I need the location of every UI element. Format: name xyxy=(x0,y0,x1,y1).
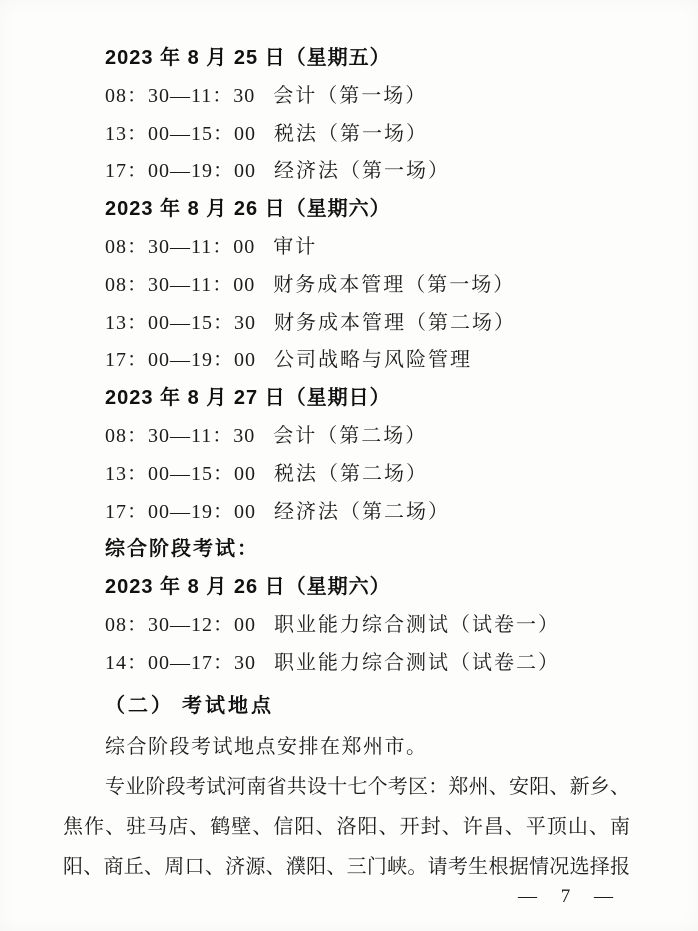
document-body: 2023 年 8 月 25 日（星期五） 08：30—11：30会计（第一场） … xyxy=(63,40,630,887)
date-heading: 2023 年 8 月 26 日（星期六） xyxy=(63,191,630,229)
session-subject: 财务成本管理（第一场） xyxy=(273,274,515,296)
exam-session-row: 17：00—19：00经济法（第一场） xyxy=(63,153,630,191)
session-subject: 职业能力综合测试（试卷一） xyxy=(274,614,560,636)
exam-session-row: 14：00—17：30职业能力综合测试（试卷二） xyxy=(63,645,630,683)
session-subject: 会计（第二场） xyxy=(273,425,427,447)
exam-session-row: 08：30—11：30会计（第一场） xyxy=(63,78,630,116)
session-time: 17：00—19：00 xyxy=(105,494,256,532)
session-subject: 税法（第一场） xyxy=(274,123,428,145)
exam-session-row: 17：00—19：00经济法（第二场） xyxy=(63,494,630,532)
exam-session-row: 13：00—15：30财务成本管理（第二场） xyxy=(63,305,630,343)
exam-session-row: 13：00—15：00税法（第一场） xyxy=(63,116,630,154)
session-time: 08：30—11：30 xyxy=(105,78,255,116)
exam-session-row: 08：30—11：00审计 xyxy=(63,229,630,267)
session-time: 14：00—17：30 xyxy=(105,645,256,683)
location-section-heading: （二） 考试地点 xyxy=(63,686,630,727)
session-subject: 经济法（第二场） xyxy=(274,501,450,523)
session-time: 08：30—11：30 xyxy=(105,418,255,456)
exam-session-row: 08：30—12：00职业能力综合测试（试卷一） xyxy=(63,607,630,645)
session-subject: 税法（第二场） xyxy=(274,463,428,485)
session-time: 17：00—19：00 xyxy=(105,342,256,380)
session-time: 13：00—15：00 xyxy=(105,116,256,154)
session-subject: 公司战略与风险管理 xyxy=(274,349,472,371)
session-time: 08：30—11：00 xyxy=(105,229,255,267)
exam-session-row: 08：30—11：00财务成本管理（第一场） xyxy=(63,267,630,305)
session-time: 13：00—15：30 xyxy=(105,305,256,343)
exam-session-row: 13：00—15：00税法（第二场） xyxy=(63,456,630,494)
exam-session-row: 08：30—11：30会计（第二场） xyxy=(63,418,630,456)
paragraph-line: 阳、商丘、周口、济源、濮阳、三门峡。请考生根据情况选择报 xyxy=(63,847,630,887)
session-time: 13：00—15：00 xyxy=(105,456,256,494)
date-heading: 2023 年 8 月 27 日（星期日） xyxy=(63,380,630,418)
session-subject: 经济法（第一场） xyxy=(274,160,450,182)
session-subject: 财务成本管理（第二场） xyxy=(274,312,516,334)
date-heading: 2023 年 8 月 25 日（星期五） xyxy=(63,40,630,78)
document-page: 2023 年 8 月 25 日（星期五） 08：30—11：30会计（第一场） … xyxy=(0,0,698,931)
session-subject: 审计 xyxy=(273,236,317,258)
session-time: 08：30—12：00 xyxy=(105,607,256,645)
session-time: 08：30—11：00 xyxy=(105,267,255,305)
exam-session-row: 17：00—19：00公司战略与风险管理 xyxy=(63,342,630,380)
date-heading: 2023 年 8 月 26 日（星期六） xyxy=(63,569,630,607)
comprehensive-stage-heading: 综合阶段考试： xyxy=(63,531,630,569)
paragraph-line: 综合阶段考试地点安排在郑州市。 xyxy=(63,727,630,767)
page-number: — 7 — xyxy=(518,886,618,908)
session-time: 17：00—19：00 xyxy=(105,153,256,191)
paragraph-line: 焦作、驻马店、鹤壁、信阳、洛阳、开封、许昌、平顶山、南 xyxy=(63,807,630,847)
session-subject: 职业能力综合测试（试卷二） xyxy=(274,652,560,674)
paragraph-line: 专业阶段考试河南省共设十七个考区：郑州、安阳、新乡、 xyxy=(63,767,630,807)
session-subject: 会计（第一场） xyxy=(273,85,427,107)
